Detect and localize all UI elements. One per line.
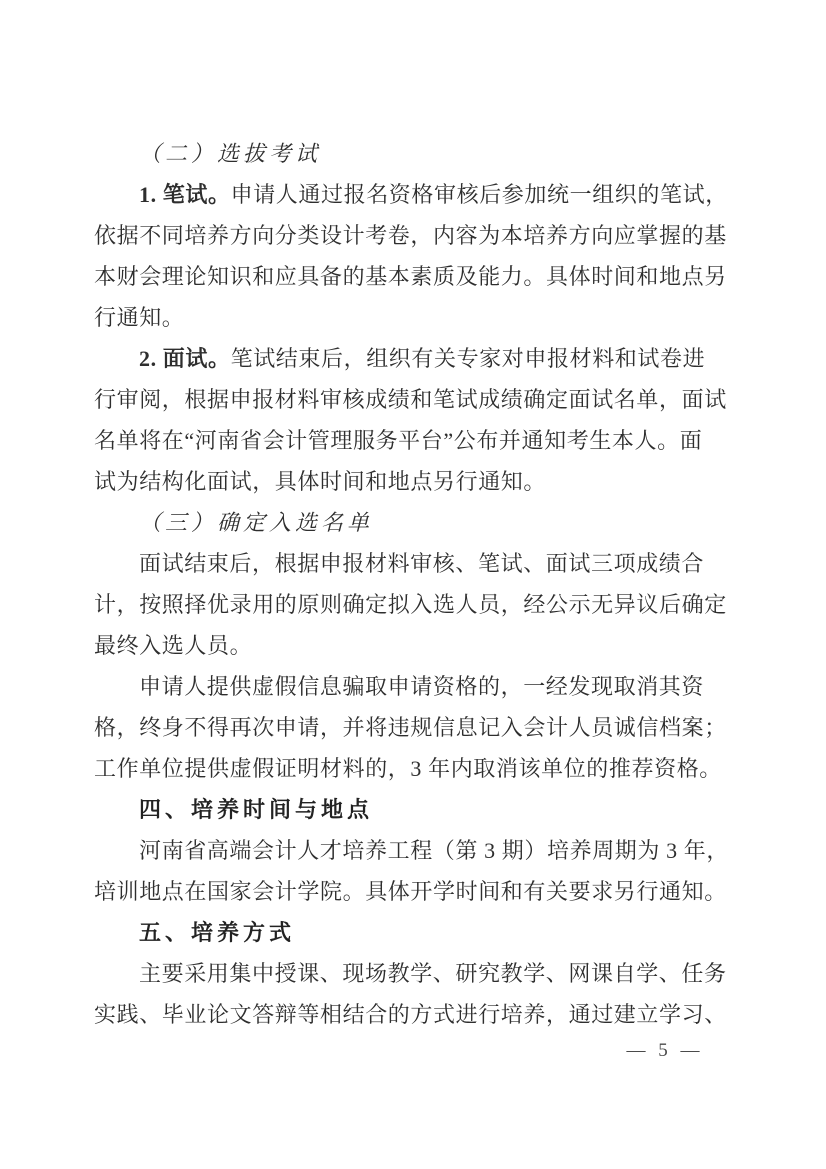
line-text: 行审阅，根据申报材料审核成绩和笔试成绩确定面试名单，面试 (94, 387, 727, 412)
body-text-line: 名单将在“河南省会计管理服务平台”公布并通知考生本人。面 (94, 420, 734, 461)
body-text-line: 申请人提供虚假信息骗取申请资格的，一经发现取消其资 (94, 666, 734, 707)
subsection-heading: （三）确定入选名单 (94, 502, 734, 543)
body-text-line: 最终入选人员。 (94, 625, 734, 666)
document-body: （二）选拔考试1. 笔试。申请人通过报名资格审核后参加统一组织的笔试，依据不同培… (94, 133, 734, 1035)
line-text: 本财会理论知识和应具备的基本素质及能力。具体时间和地点另 (94, 264, 727, 289)
section-heading: 四、培养时间与地点 (94, 789, 734, 830)
line-text: 格，终身不得再次申请，并将违规信息记入会计人员诚信档案； (94, 715, 727, 740)
line-text: 名单将在“河南省会计管理服务平台”公布并通知考生本人。面 (94, 428, 702, 453)
line-text: 计，按照择优录用的原则确定拟入选人员，经公示无异议后确定 (94, 592, 727, 617)
line-bold-prefix: 2. 面试。 (139, 346, 231, 371)
line-text: 申请人通过报名资格审核后参加统一组织的笔试， (231, 182, 728, 207)
body-text-line: 试为结构化面试，具体时间和地点另行通知。 (94, 461, 734, 502)
body-text-line: 依据不同培养方向分类设计考卷，内容为本培养方向应掌握的基 (94, 215, 734, 256)
subsection-heading: （二）选拔考试 (94, 133, 734, 174)
line-bold-prefix: 1. 笔试。 (139, 182, 231, 207)
body-text-line: 1. 笔试。申请人通过报名资格审核后参加统一组织的笔试， (94, 174, 734, 215)
body-text-line: 实践、毕业论文答辩等相结合的方式进行培养，通过建立学习、 (94, 994, 734, 1035)
line-text: 工作单位提供虚假证明材料的，3 年内取消该单位的推荐资格。 (94, 756, 722, 781)
line-text: 笔试结束后，组织有关专家对申报材料和试卷进 (231, 346, 706, 371)
line-text: 试为结构化面试，具体时间和地点另行通知。 (94, 469, 546, 494)
body-text-line: 培训地点在国家会计学院。具体开学时间和有关要求另行通知。 (94, 871, 734, 912)
line-text: （二）选拔考试 (139, 141, 321, 166)
line-text: 四、培养时间与地点 (139, 797, 373, 822)
line-text: 河南省高端会计人才培养工程（第 3 期）培养周期为 3 年， (139, 838, 729, 863)
page-number: — 5 — (600, 1036, 730, 1066)
line-text: 实践、毕业论文答辩等相结合的方式进行培养，通过建立学习、 (94, 1002, 727, 1027)
body-text-line: 格，终身不得再次申请，并将违规信息记入会计人员诚信档案； (94, 707, 734, 748)
body-text-line: 2. 面试。笔试结束后，组织有关专家对申报材料和试卷进 (94, 338, 734, 379)
document-page: （二）选拔考试1. 笔试。申请人通过报名资格审核后参加统一组织的笔试，依据不同培… (0, 0, 826, 1169)
body-text-line: 主要采用集中授课、现场教学、研究教学、网课自学、任务 (94, 953, 734, 994)
line-text: 最终入选人员。 (94, 633, 252, 658)
body-text-line: 行审阅，根据申报材料审核成绩和笔试成绩确定面试名单，面试 (94, 379, 734, 420)
line-text: 五、培养方式 (139, 920, 295, 945)
line-text: 依据不同培养方向分类设计考卷，内容为本培养方向应掌握的基 (94, 223, 727, 248)
body-text-line: 行通知。 (94, 297, 734, 338)
body-text-line: 计，按照择优录用的原则确定拟入选人员，经公示无异议后确定 (94, 584, 734, 625)
body-text-line: 面试结束后，根据申报材料审核、笔试、面试三项成绩合 (94, 543, 734, 584)
body-text-line: 河南省高端会计人才培养工程（第 3 期）培养周期为 3 年， (94, 830, 734, 871)
body-text-line: 工作单位提供虚假证明材料的，3 年内取消该单位的推荐资格。 (94, 748, 734, 789)
line-text: 培训地点在国家会计学院。具体开学时间和有关要求另行通知。 (94, 879, 727, 904)
line-text: 面试结束后，根据申报材料审核、笔试、面试三项成绩合 (139, 551, 704, 576)
line-text: 主要采用集中授课、现场教学、研究教学、网课自学、任务 (139, 961, 727, 986)
line-text: 申请人提供虚假信息骗取申请资格的，一经发现取消其资 (139, 674, 704, 699)
section-heading: 五、培养方式 (94, 912, 734, 953)
line-text: 行通知。 (94, 305, 184, 330)
line-text: （三）确定入选名单 (139, 510, 373, 535)
body-text-line: 本财会理论知识和应具备的基本素质及能力。具体时间和地点另 (94, 256, 734, 297)
